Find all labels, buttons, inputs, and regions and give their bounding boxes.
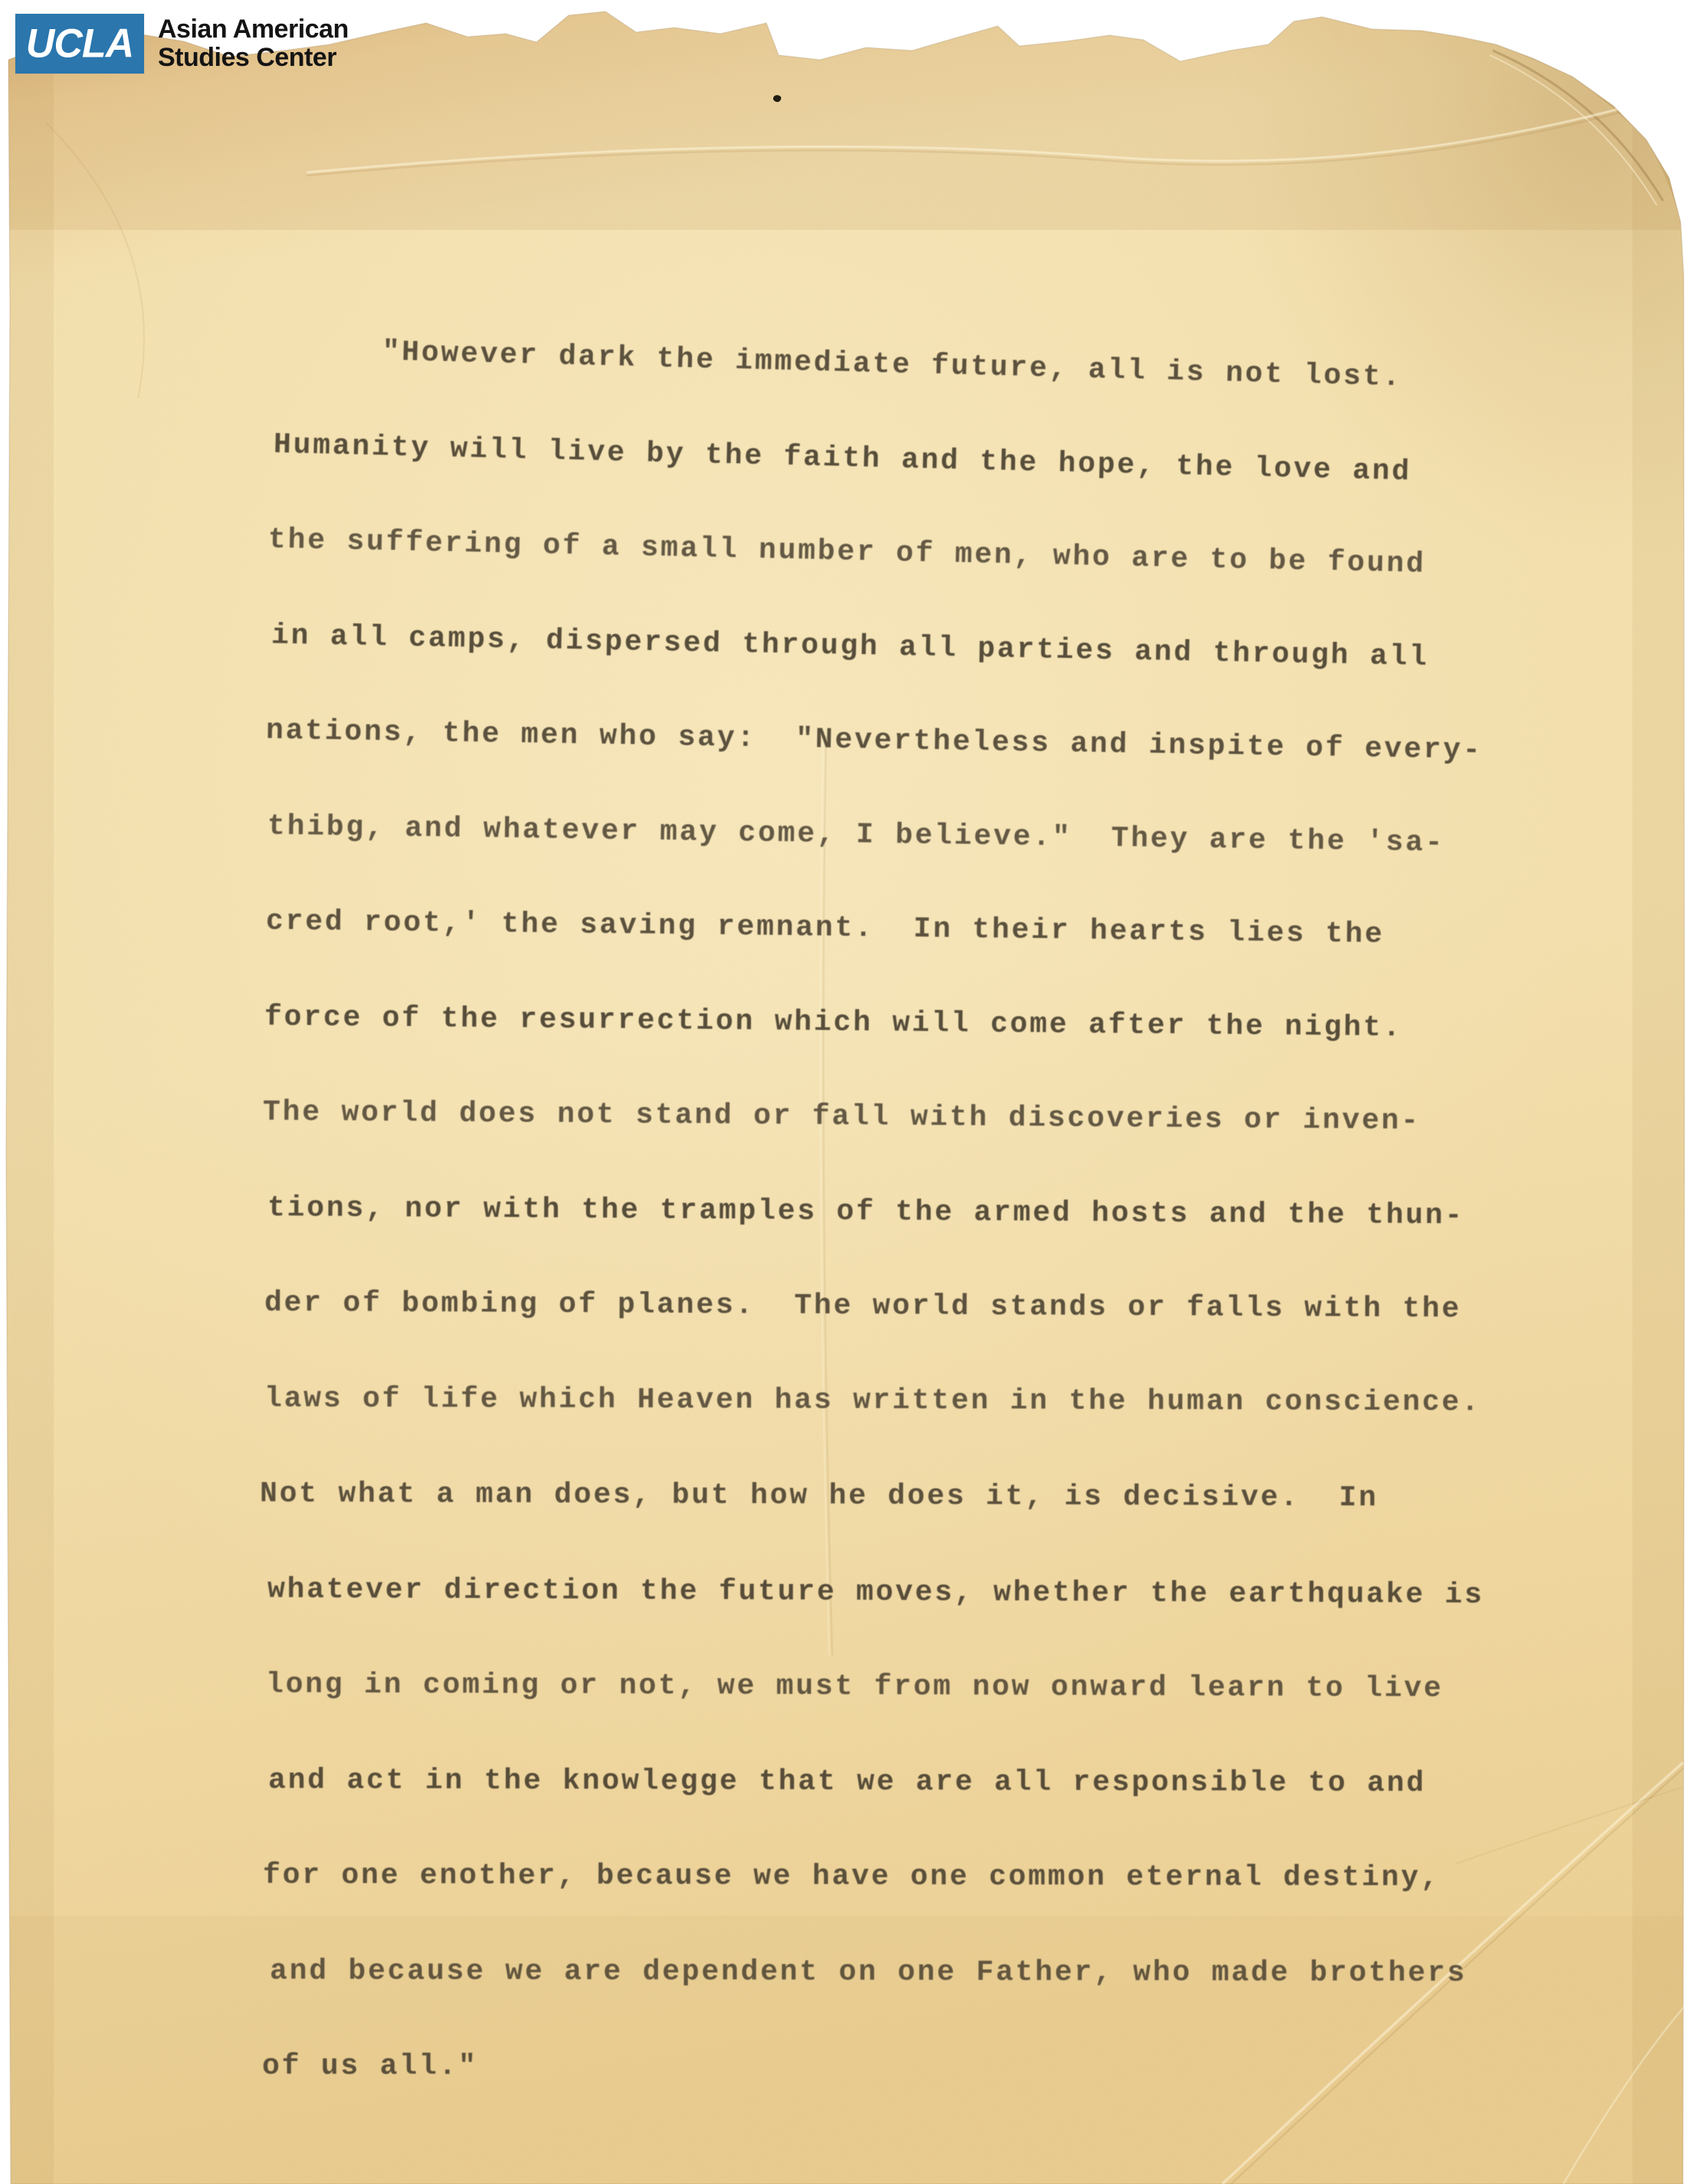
org-name-line1: Asian American [158, 15, 349, 44]
typewriter-line: "However dark the immediate future, all … [264, 333, 1481, 396]
typewriter-line: long in coming or not, we must from now … [266, 1669, 1483, 1705]
typewriter-line: thibg, and whatever may come, I believe.… [267, 811, 1484, 860]
typewriter-line: and act in the knowlegge that we are all… [268, 1765, 1485, 1800]
org-name: Asian American Studies Center [158, 15, 349, 72]
ucla-logo-text: UCLA [26, 20, 133, 67]
header-logo-row: UCLA Asian American Studies Center [15, 14, 349, 74]
scanned-document-page: UCLA Asian American Studies Center "Howe… [0, 0, 1686, 2184]
typewriter-line: whatever direction the future moves, whe… [267, 1574, 1484, 1612]
ucla-logo: UCLA [15, 14, 144, 74]
typewriter-line: of us all." [262, 2051, 1478, 2084]
typewriter-line: tions, nor with the tramples of the arme… [267, 1192, 1484, 1232]
typewriter-line: cred root,' the saving remnant. In their… [266, 906, 1483, 952]
typewriter-line: in all camps, dispersed through all part… [271, 620, 1488, 674]
typewriter-line: The world does not stand or fall with di… [263, 1097, 1480, 1138]
typewriter-line: laws of life which Heaven has written in… [264, 1383, 1481, 1418]
typewriter-line: Not what a man does, but how he does it,… [260, 1478, 1477, 1515]
typewriter-line: the suffering of a small number of men, … [268, 524, 1485, 582]
typewriter-text-block: "However dark the immediate future, all … [264, 270, 1481, 2146]
typewriter-line: force of the resurrection which will com… [264, 1002, 1481, 1045]
typewriter-line: der of bombing of planes. The world stan… [264, 1287, 1481, 1326]
org-name-line2: Studies Center [158, 44, 349, 72]
typewriter-line: nations, the men who say: "Nevertheless … [266, 715, 1483, 767]
typewriter-line: for one enother, because we have one com… [263, 1860, 1480, 1894]
typewriter-line: Humanity will live by the faith and the … [274, 429, 1491, 490]
typewriter-line: and because we are dependent on one Fath… [270, 1956, 1487, 1989]
